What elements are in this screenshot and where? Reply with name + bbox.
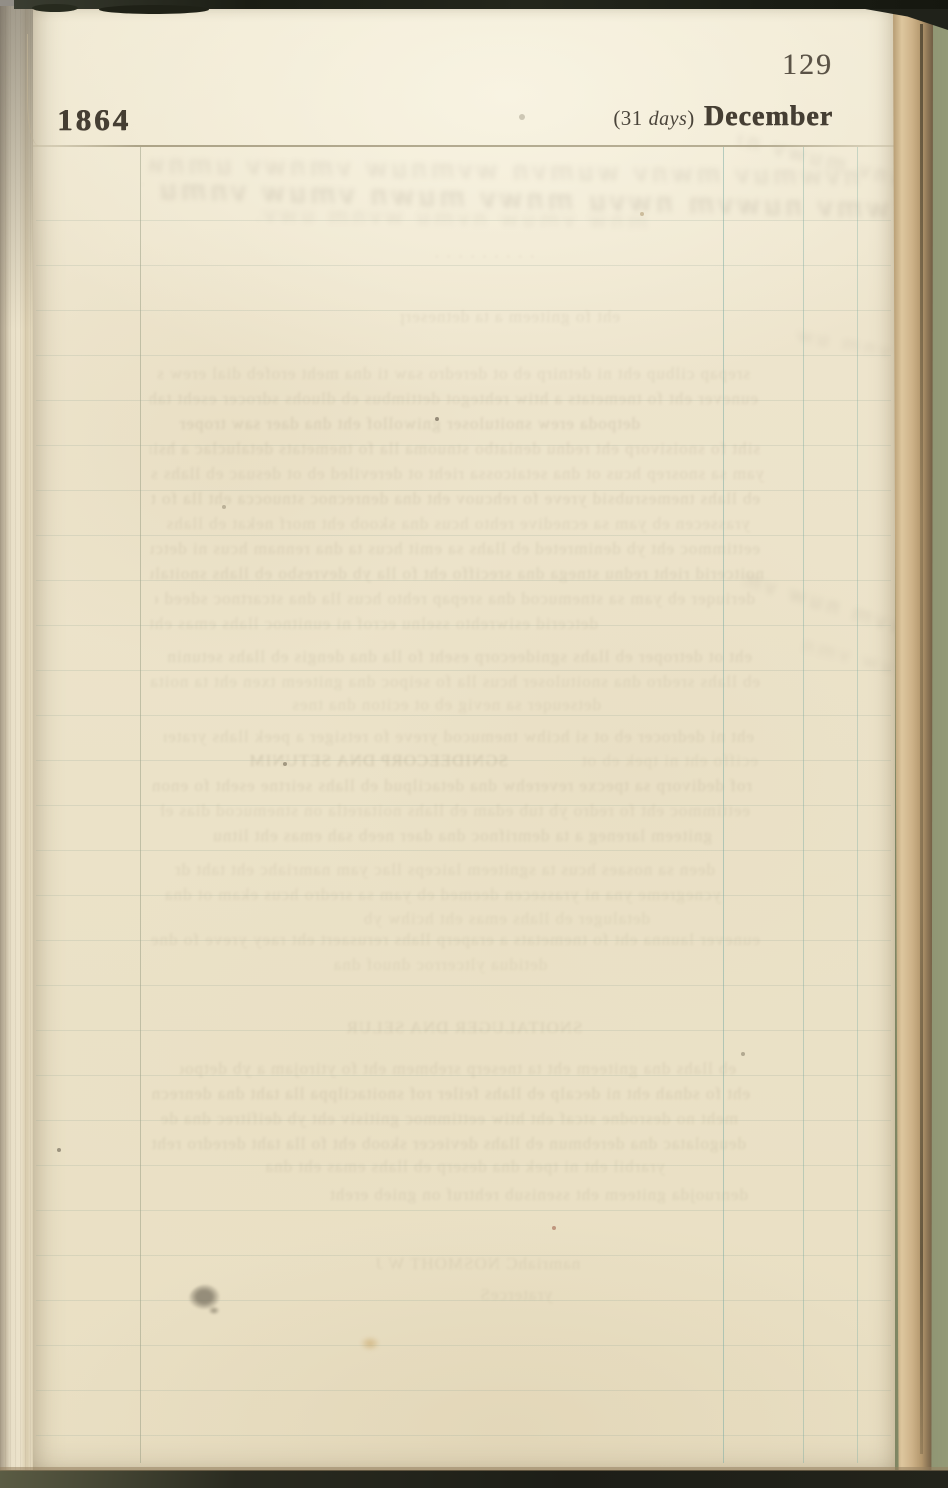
header-rule (33, 145, 895, 147)
foxing-spot (360, 1336, 380, 1351)
scanned-diary-page: · · · · · · · · ·eht fo gniteem a ta det… (0, 0, 948, 1488)
days-count: (31 days) (613, 106, 694, 131)
ink-blot-stain (188, 1284, 224, 1316)
month-name: December (704, 101, 833, 133)
paper-specks (0, 0, 4, 4)
book-edge-top (14, 0, 948, 9)
month-heading: (31 days) December (613, 101, 833, 133)
page-number: 129 (782, 48, 833, 82)
page-edge-right (893, 4, 933, 1476)
cover-seam (920, 24, 923, 1454)
year-label: 1864 (57, 102, 131, 138)
book-edge-bottom (0, 1470, 948, 1488)
feint-ruled-lines (36, 176, 891, 1464)
